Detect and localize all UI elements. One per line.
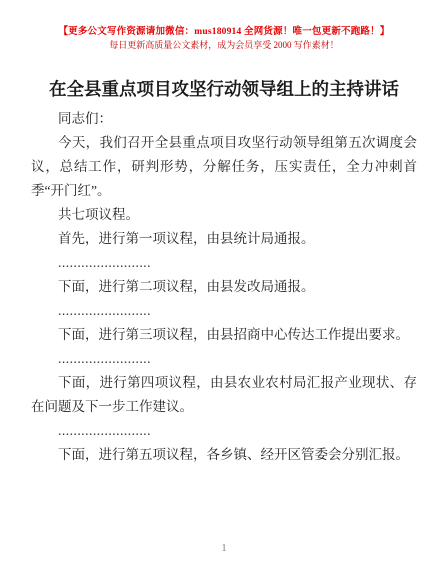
document-page: 【更多公文写作资源请加微信：mus180914 全网货源！唯一包更新不跑路！】 … [0, 0, 448, 580]
document-body: 同志们：今天，我们召开全县重点项目攻坚行动领导组第五次调度会议，总结工作，研判形… [31, 107, 417, 467]
page-number: 1 [0, 543, 448, 554]
paragraph: 今天，我们召开全县重点项目攻坚行动领导组第五次调度会议，总结工作，研判形势，分解… [31, 131, 417, 203]
paragraph: 同志们： [31, 107, 417, 131]
notice-line-2: 每日更新高质量公文素材，成为会员享受 2000 写作素材！ [0, 39, 448, 52]
paragraph: 下面，进行第二项议程，由县发改局通报。 [31, 275, 417, 299]
paragraph: 下面，进行第三项议程，由县招商中心传达工作提出要求。 [31, 323, 417, 347]
notice-line-1: 【更多公文写作资源请加微信：mus180914 全网货源！唯一包更新不跑路！】 [0, 26, 448, 39]
paragraph: 首先，进行第一项议程，由县统计局通报。 [31, 227, 417, 251]
header-notice: 【更多公文写作资源请加微信：mus180914 全网货源！唯一包更新不跑路！】 … [0, 0, 448, 52]
paragraph: 共七项议程。 [31, 203, 417, 227]
paragraph: 下面，进行第五项议程，各乡镇、经开区管委会分别汇报。 [31, 443, 417, 467]
ellipsis-separator: ........................ [31, 251, 417, 275]
ellipsis-separator: ........................ [31, 347, 417, 371]
paragraph: 下面，进行第四项议程，由县农业农村局汇报产业现状、存在问题及下一步工作建议。 [31, 371, 417, 419]
ellipsis-separator: ........................ [31, 299, 417, 323]
document-title: 在全县重点项目攻坚行动领导组上的主持讲话 [30, 78, 418, 100]
ellipsis-separator: ........................ [31, 419, 417, 443]
